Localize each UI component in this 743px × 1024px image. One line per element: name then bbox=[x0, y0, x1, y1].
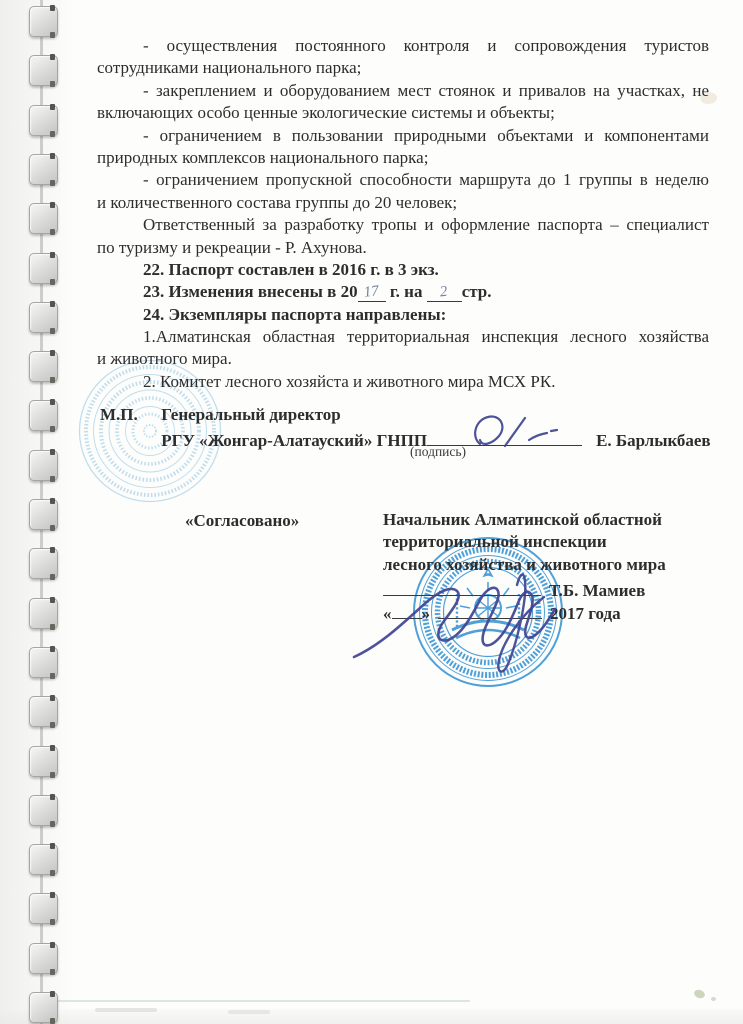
binding-ring bbox=[29, 795, 58, 826]
approver-signature-line: Т.Б. Мамиев bbox=[383, 576, 703, 598]
handwritten-entry: 2 bbox=[439, 283, 449, 303]
text-span: 23. Изменения внесены в 20 bbox=[143, 282, 358, 301]
text-line: включающих особо ценные экологические си… bbox=[97, 102, 709, 124]
approved-label: «Согласовано» bbox=[185, 511, 299, 531]
text-line: и количественного состава группы до 20 ч… bbox=[97, 192, 709, 214]
text-line: 22. Паспорт составлен в 2016 г. в 3 экз. bbox=[97, 259, 709, 281]
director-title-line2: РГУ «Жонгар-Алатауский» ГНПП bbox=[161, 431, 427, 450]
binding-ring bbox=[29, 203, 58, 234]
scan-smudge bbox=[693, 988, 706, 999]
ruled-blank: 2 bbox=[427, 282, 462, 302]
scan-edge-line bbox=[55, 1000, 470, 1002]
approver-title-line: Начальник Алматинской областной bbox=[383, 509, 703, 531]
binding-ring bbox=[29, 6, 58, 37]
scan-smudge bbox=[95, 1008, 157, 1012]
text-span: стр. bbox=[462, 282, 492, 301]
text-line: 23. Изменения внесены в 2017 г. на 2стр. bbox=[97, 281, 709, 303]
signature-row: М.П. Генеральный директор bbox=[100, 404, 711, 426]
binding-ring bbox=[29, 154, 58, 185]
binding-ring bbox=[29, 351, 58, 382]
approver-title-line: территориальной инспекции bbox=[383, 531, 703, 553]
approver-title-line: лесного хозяйства и животного мира bbox=[383, 554, 703, 576]
scanned-document-page: - осуществления постоянного контроля и с… bbox=[0, 0, 743, 1024]
text-line: 1.Алматинская областная территориальная … bbox=[97, 326, 709, 348]
binding-ring bbox=[29, 55, 58, 86]
binding-ring bbox=[29, 450, 58, 481]
binding-ring bbox=[29, 105, 58, 136]
date-day-blank bbox=[392, 599, 422, 619]
binding-ring bbox=[29, 943, 58, 974]
binding-ring bbox=[29, 400, 58, 431]
comb-binding bbox=[0, 0, 70, 1024]
ruled-blank: 17 bbox=[358, 282, 386, 302]
binding-ring bbox=[29, 893, 58, 924]
text-line: и животного мира. bbox=[97, 348, 709, 370]
signature-ruled-blank bbox=[383, 576, 541, 596]
text-span: г. на bbox=[386, 282, 427, 301]
text-line: - закреплением и оборудованием мест стоя… bbox=[97, 80, 709, 102]
binding-ring bbox=[29, 746, 58, 777]
text-line: 2. Комитет лесного хозяйста и животного … bbox=[97, 371, 709, 393]
binding-ring bbox=[29, 253, 58, 284]
text-line: 24. Экземпляры паспорта направлены: bbox=[97, 304, 709, 326]
binding-ring bbox=[29, 696, 58, 727]
binding-ring bbox=[29, 302, 58, 333]
scan-smudge bbox=[228, 1010, 270, 1014]
text-line: - ограничением в пользовании природными … bbox=[97, 125, 709, 147]
text-line: - ограничением пропускной способности ма… bbox=[97, 169, 709, 191]
signature-caption: (подпись) bbox=[410, 444, 466, 460]
scan-smudge bbox=[711, 997, 716, 1001]
binding-ring bbox=[29, 598, 58, 629]
seal-place-label: М.П. bbox=[100, 404, 157, 426]
binding-ring bbox=[29, 548, 58, 579]
text-line: по туризму и рекреации - Р. Ахунова. bbox=[97, 237, 709, 259]
date-month-blank bbox=[438, 599, 542, 619]
approval-date-line: «»2017 года bbox=[383, 599, 703, 621]
text-line: природных комплексов национального парка… bbox=[97, 147, 709, 169]
approver-name: Т.Б. Мамиев bbox=[549, 581, 645, 600]
scan-shadow-bottom bbox=[0, 1009, 743, 1024]
signature-row: РГУ «Жонгар-Алатауский» ГНППЕ. Барлыкбае… bbox=[100, 426, 711, 448]
document-body-text: - осуществления постоянного контроля и с… bbox=[97, 35, 709, 393]
binding-ring bbox=[29, 647, 58, 678]
director-signature-block: М.П. Генеральный директор РГУ «Жонгар-Ал… bbox=[100, 404, 711, 449]
binding-ring bbox=[29, 844, 58, 875]
director-title-line1: Генеральный директор bbox=[161, 405, 340, 424]
handwritten-entry: 17 bbox=[363, 282, 380, 303]
director-name: Е. Барлыкбаев bbox=[596, 431, 711, 450]
binding-ring bbox=[29, 499, 58, 530]
binding-ring bbox=[29, 992, 58, 1023]
approver-details: Начальник Алматинской областной территор… bbox=[383, 509, 703, 621]
quote-open: « bbox=[383, 604, 392, 623]
quote-close: » bbox=[422, 604, 431, 623]
text-line: Ответственный за разработку тропы и офор… bbox=[97, 214, 709, 236]
approval-year: 2017 года bbox=[550, 604, 621, 623]
text-line: сотрудниками национального парка; bbox=[97, 57, 709, 79]
text-line: - осуществления постоянного контроля и с… bbox=[97, 35, 709, 57]
